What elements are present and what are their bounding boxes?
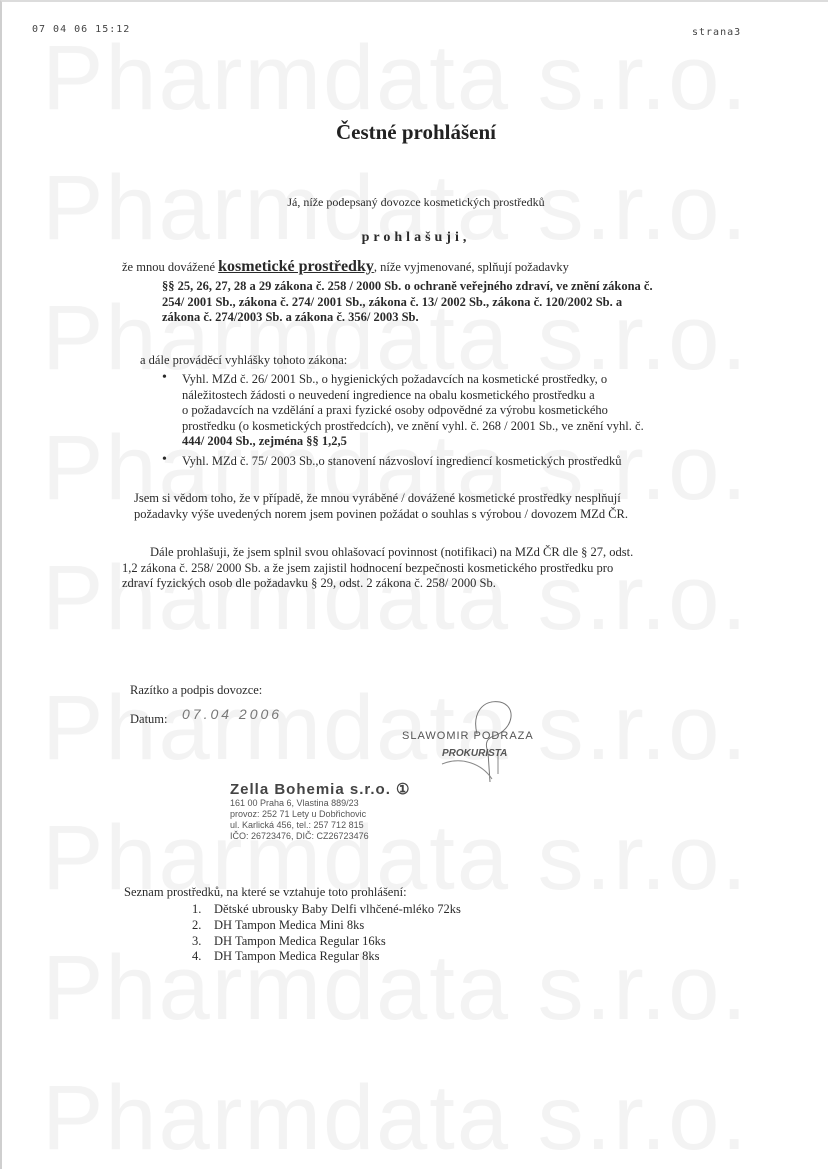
list-item: 4.DH Tampon Medica Regular 8ks [192, 949, 380, 964]
document-content: 07 04 06 15:12 strana3 Čestné prohlášení… [2, 2, 828, 1169]
handwritten-date: 07.04 2006 [182, 706, 282, 722]
para1-line2: §§ 25, 26, 27, 28 a 29 zákona č. 258 / 2… [162, 279, 653, 294]
bullet1-line2: náležitostech žádosti o neuvedení ingred… [182, 388, 595, 403]
company-address-line: ul. Karlická 456, tel.: 257 712 815 [230, 820, 411, 831]
fax-page-number: strana3 [692, 27, 741, 38]
bullet1-line4: prostředku (o kosmetických prostředcích)… [182, 419, 644, 434]
list-item: 2.DH Tampon Medica Mini 8ks [192, 918, 364, 933]
document-title: Čestné prohlášení [2, 120, 828, 145]
fax-timestamp: 07 04 06 15:12 [32, 24, 130, 35]
intro-text: Já, níže podepsaný dovozce kosmetických … [2, 195, 828, 210]
date-label: Datum: [130, 712, 168, 727]
stamp-label: Razítko a podpis dovozce: [130, 683, 262, 698]
declare-heading: prohlašuji, [2, 230, 828, 245]
signatory-name: SLAWOMIR PODRAZA [402, 730, 534, 742]
bullet-icon: • [162, 452, 167, 468]
list-item: 1.Dětské ubrousky Baby Delfi vlhčené-mlé… [192, 902, 461, 917]
document-page: Pharmdata s.r.o. Pharmdata s.r.o. Pharmd… [0, 0, 828, 1169]
bullet1-line3: o požadavcích na vzdělání a praxi fyzick… [182, 403, 608, 418]
para3-line1: Jsem si vědom toho, že v případě, že mno… [134, 491, 621, 506]
bullet-icon: • [162, 370, 167, 386]
company-stamp: Zella Bohemia s.r.o. ① 161 00 Praha 6, V… [230, 780, 411, 842]
bullet2-line1: Vyhl. MZd č. 75/ 2003 Sb.,o stanovení ná… [182, 454, 622, 469]
product-list-intro: Seznam prostředků, na které se vztahuje … [124, 885, 407, 900]
para2-intro: a dále prováděcí vyhlášky tohoto zákona: [140, 353, 347, 368]
company-address-line: IČO: 26723476, DIČ: CZ26723476 [230, 831, 411, 842]
bullet1-line5: 444/ 2004 Sb., zejména §§ 1,2,5 [182, 434, 347, 449]
signatory-role: PROKURISTA [442, 748, 507, 759]
para4-line2: 1,2 zákona č. 258/ 2000 Sb. a že jsem za… [122, 561, 613, 576]
para4-line3: zdraví fyzických osob dle požadavku § 29… [122, 576, 496, 591]
company-address-line: provoz: 252 71 Lety u Dobřichovic [230, 809, 411, 820]
bullet1-line1: Vyhl. MZd č. 26/ 2001 Sb., o hygienickýc… [182, 372, 607, 387]
company-name: Zella Bohemia s.r.o. ① [230, 780, 411, 798]
para3-line2: požadavky výše uvedených norem jsem povi… [134, 507, 628, 522]
para1-line1: že mnou dovážené kosmetické prostředky, … [122, 259, 569, 275]
para1-line4: zákona č. 274/2003 Sb. a zákona č. 356/ … [162, 310, 419, 325]
highlight-cosmetics: kosmetické prostředky [218, 258, 374, 275]
list-item: 3.DH Tampon Medica Regular 16ks [192, 934, 386, 949]
para1-line3: 254/ 2001 Sb., zákona č. 274/ 2001 Sb., … [162, 295, 622, 310]
company-address-line: 161 00 Praha 6, Vlastina 889/23 [230, 798, 411, 809]
para4-line1: Dále prohlašuji, že jsem splnil svou ohl… [150, 545, 633, 560]
